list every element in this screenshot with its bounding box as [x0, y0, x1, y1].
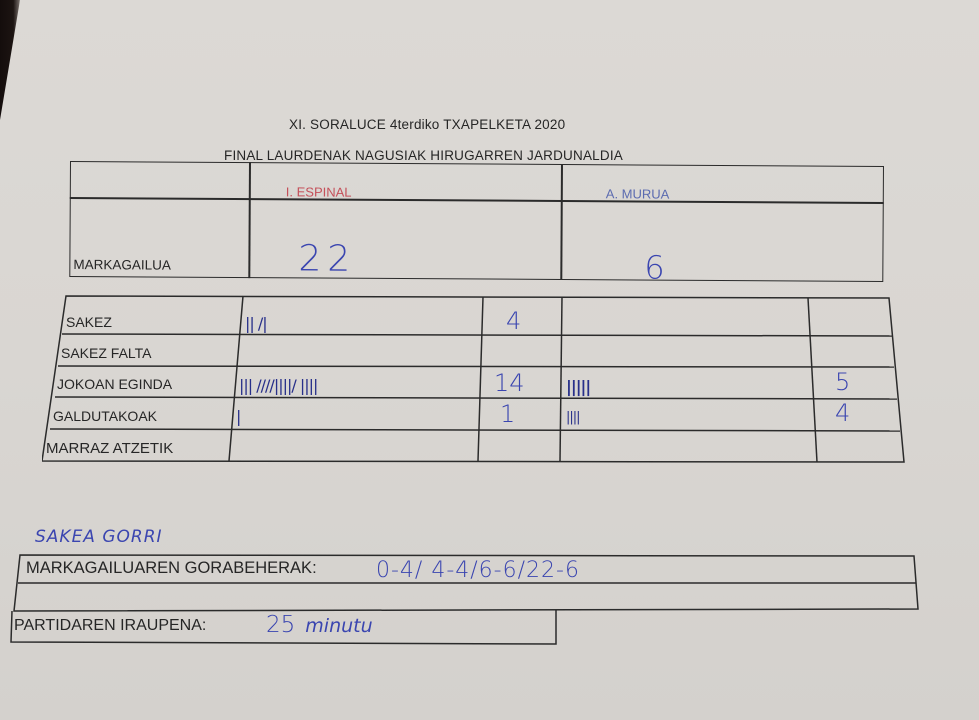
document-title: XI. SORALUCE 4terdiko TXAPELKETA 2020 [289, 117, 565, 132]
stat-label-sakez-falta: SAKEZ FALTA [61, 345, 152, 361]
score-progression-value: 0-4/ 4-4/6-6/22-6 [376, 558, 580, 583]
player-1-count-galdutakoak: 1 [500, 400, 515, 428]
duration-unit: minutu [305, 615, 372, 637]
stats-table: SAKEZ SAKEZ FALTA JOKOAN EGINDA GALDUTAK… [42, 295, 904, 463]
stat-label-sakez: SAKEZ [66, 314, 112, 330]
score-progression-label: MARKAGAILUAREN GORABEHERAK: [26, 559, 317, 578]
player-1-name: I. ESPINAL [286, 184, 352, 199]
serve-note: SAKEA GORRI [35, 527, 163, 547]
player-1-tally-jokoan-eginda: ||| ////||||/ |||| [239, 376, 317, 395]
table-border [69, 161, 884, 282]
stat-label-jokoan-eginda: JOKOAN EGINDA [57, 376, 172, 392]
player-2-count-jokoan-eginda: 5 [835, 368, 850, 396]
player-1-tally-galdutakoak: | [236, 407, 240, 426]
duration-value: 25minutu [266, 612, 373, 638]
document-subtitle: FINAL LAURDENAK NAGUSIAK HIRUGARREN JARD… [224, 148, 623, 163]
duration-number: 25 [266, 612, 295, 638]
player-2-tally-galdutakoak: |||| [566, 410, 580, 425]
stat-label-marraz-atzetik: MARRAZ ATZETIK [46, 440, 173, 457]
stat-label-galdutakoak: GALDUTAKOAK [53, 408, 157, 424]
player-2-count-galdutakoak: 4 [835, 399, 850, 427]
duration-label: PARTIDAREN IRAUPENA: [14, 617, 206, 635]
player-1-score: 22 [298, 238, 356, 279]
player-2-tally-jokoan-eginda: ||||| [566, 377, 590, 396]
scoreboard-table: I. ESPINAL A. MURUA MARKAGAILUA 22 6 [69, 161, 884, 282]
player-1-count-sakez: 4 [506, 307, 521, 335]
player-1-count-jokoan-eginda: 14 [494, 369, 525, 397]
player-2-name: A. MURUA [606, 186, 670, 201]
player-1-tally-sakez: || /| [245, 314, 267, 333]
scoreboard-label: MARKAGAILUA [73, 257, 171, 273]
player-2-score: 6 [644, 249, 665, 287]
